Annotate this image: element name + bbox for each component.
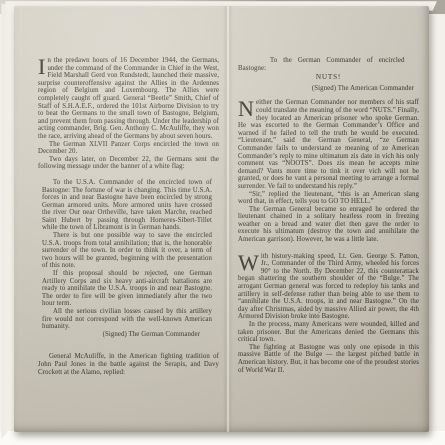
page-gutter	[223, 6, 233, 432]
photo-backdrop-bottom	[0, 431, 445, 445]
american-reply-block: To the German Commander of encircled Bas…	[238, 57, 419, 92]
mcauliffe-intro-paragraph: General McAuliffe, in the American fight…	[38, 353, 219, 376]
drop-cap-w: W	[238, 253, 261, 272]
opening-paragraph-text: n the predawn hours of 16 December 1944,…	[38, 57, 219, 140]
german-commander-signature: (Signed) The German Commander	[42, 331, 212, 339]
open-booklet-spread: In the predawn hours of 16 December 1944…	[14, 6, 429, 432]
right-page: To the German Commander of encircled Bas…	[238, 57, 419, 374]
nuts-reply-text: NUTS!	[238, 74, 419, 82]
enraged-general-paragraph: The German General became so enraged he …	[238, 206, 419, 244]
casualties-paragraph: In the process, many Americans were woun…	[238, 321, 419, 344]
white-flag-paragraph: Two days later, on December 22, the Germ…	[38, 156, 219, 171]
american-commander-signature: (Signed) The American Commander	[238, 85, 419, 93]
translation-paragraph: Neither the German Commander nor members…	[238, 99, 419, 190]
panzer-corps-paragraph: The German XLVII Panzer Corps encircled …	[38, 141, 219, 156]
ultimatum-paragraph-4: All the serious civilian losses caused b…	[42, 308, 212, 331]
reply-address: To the German Commander of encircled Bas…	[238, 57, 419, 72]
translation-paragraph-text: either the German Commander nor members …	[238, 99, 419, 190]
ultimatum-paragraph-1: To the U.S.A. Commander of the encircled…	[42, 179, 212, 232]
sir-reply-paragraph: “Sir,” replied the lieutenant, “this is …	[238, 191, 419, 206]
patton-paragraph: With history-making speed, Lt. Gen. Geor…	[238, 253, 419, 321]
patton-paragraph-text: ith history-making speed, Lt. Gen. Georg…	[238, 253, 419, 321]
drop-cap-n: N	[238, 99, 256, 118]
legacy-paragraph: The fighting at Bastogne was only one ep…	[238, 344, 419, 374]
ultimatum-paragraph-2: There is but one possible way to save th…	[42, 232, 212, 270]
ultimatum-paragraph-3: If this proposal should be rejected, one…	[42, 270, 212, 308]
german-ultimatum-message: To the U.S.A. Commander of the encircled…	[42, 179, 212, 338]
opening-paragraph: In the predawn hours of 16 December 1944…	[38, 57, 219, 141]
left-page: In the predawn hours of 16 December 1944…	[38, 57, 219, 376]
